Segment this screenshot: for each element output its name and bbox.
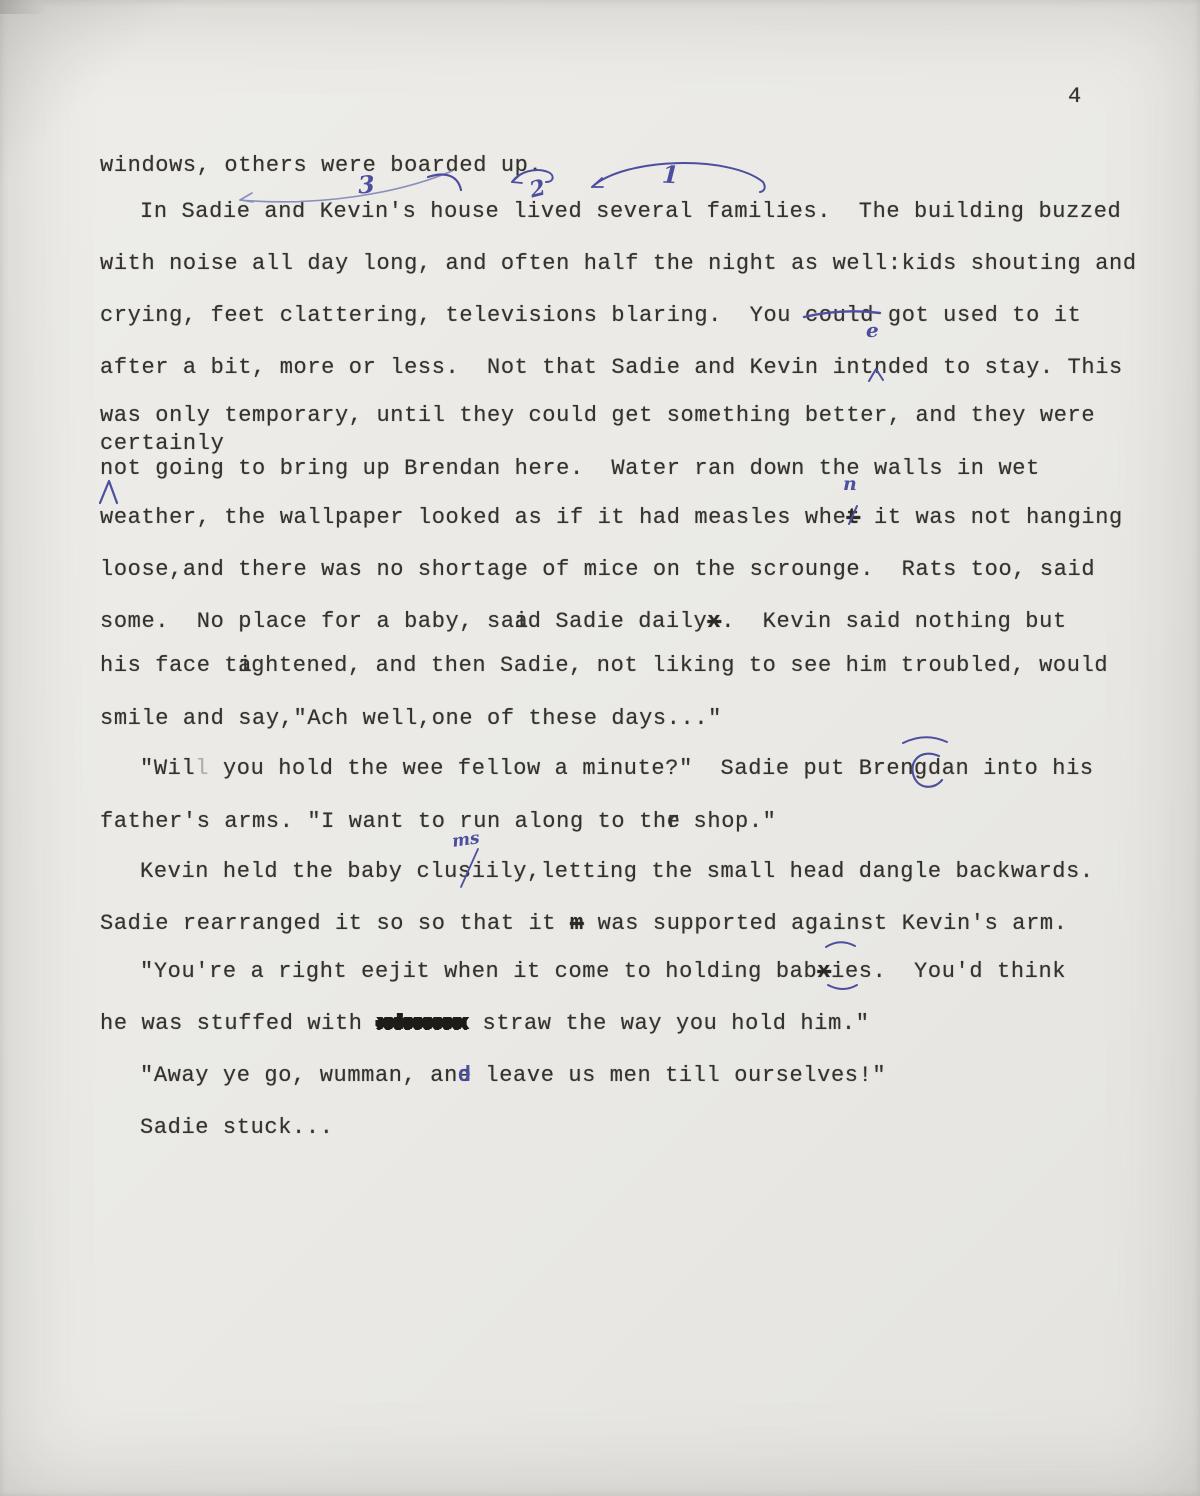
typescript-line: Kevin held the baby clusiily,letting the… (140, 858, 1094, 885)
typed-text: "You're a right eejit when it come to ho… (140, 958, 817, 985)
typed-text: crying, feet clattering, televisions bla… (100, 302, 805, 329)
typed-text: it was not hanging (860, 504, 1123, 531)
overstruck-char: m (570, 910, 584, 937)
typescript-line: not going to bring up Brendan here. Wate… (100, 455, 1040, 482)
typescript-line: after a bit, more or less. Not that Sadi… (100, 354, 1123, 381)
typescript-line: he was stuffed with xxkxxxxxx straw the … (100, 1010, 870, 1037)
pen-curve-babies-above (826, 942, 855, 947)
typed-text: ily,letting the small head dangle backwa… (486, 858, 1094, 885)
overstruck-char: x (707, 608, 721, 635)
typed-text: was only temporary, until they could get… (100, 402, 1095, 429)
typescript-line: loose,and there was no shortage of mice … (100, 556, 1095, 583)
typed-text: windows, others were boarded up. (100, 152, 542, 179)
typed-text: you hold the wee fellow a minute?" Sadie… (209, 755, 1094, 782)
typed-text: Sadie rearranged it so so that it (100, 910, 570, 937)
typed-text: father's arms. "I want to run along to t… (100, 808, 667, 835)
typescript-line: some. No place for a baby, saaid Sadie d… (100, 608, 1067, 635)
typescript-line: crying, feet clattering, televisions bla… (100, 302, 1081, 329)
typed-text: not going to bring up Brendan here. Wate… (100, 455, 1040, 482)
typescript-line: Sadie stuck... (140, 1114, 334, 1141)
pen-breve-brendan (903, 737, 947, 743)
typescript-line: "Away ye go, wumman, aned leave us men t… (140, 1062, 886, 1089)
typed-text: d Sadie daily (528, 608, 708, 635)
typed-text: some. No place for a baby, sa (100, 608, 515, 635)
typed-text: with noise all day long, and often half … (100, 250, 1137, 277)
typescript-line: with noise all day long, and often half … (100, 250, 1137, 277)
typed-text: shop." (680, 808, 777, 835)
typed-text: smile and say,"Ach well,one of these day… (100, 705, 722, 732)
pen-curve-babies-below (828, 985, 857, 989)
typescript-line: In Sadie and Kevin's house lived several… (140, 198, 1121, 225)
typed-text: straw the way you hold him." (469, 1010, 870, 1037)
typed-text: ies. You'd think (831, 958, 1066, 985)
typescript-line: certainly (100, 430, 224, 457)
typed-text: after a bit, more or less. Not that Sadi… (100, 354, 1123, 381)
typed-text: he was stuffed with (100, 1010, 376, 1037)
overstruck-char: x (817, 958, 831, 985)
typescript-line: "Will you hold the wee fellow a minute?"… (140, 755, 1094, 782)
insertion-caret-certainly (100, 481, 117, 503)
pen-inserted-letter-d: d (458, 1062, 472, 1089)
typescript-line: weather, the wallpaper looked as if it h… (100, 504, 1123, 531)
manuscript-page: 4 windows, others were boarded up.In Sad… (0, 0, 1200, 1496)
typed-text: "Away ye go, wumman, an (140, 1062, 458, 1089)
typescript-line: Sadie rearranged it so so that it m was … (100, 910, 1068, 937)
page-number: 4 (1068, 84, 1081, 109)
typescript-line: "You're a right eejit when it come to ho… (140, 958, 1066, 985)
faded-char: l (195, 755, 209, 782)
typed-text: In Sadie and Kevin's house lived several… (140, 198, 1121, 225)
typescript-line: his face tiaghtened, and then Sadie, not… (100, 652, 1108, 679)
typed-text: leave us men till ourselves!" (472, 1062, 887, 1089)
pen-inserted-letters-ms: ms (451, 828, 481, 852)
typed-text: weather, the wallpaper looked as if it h… (100, 504, 846, 531)
pen-inserted-letter-e: e (866, 318, 879, 342)
typed-text: his face t (100, 652, 238, 679)
typescript-line: was only temporary, until they could get… (100, 402, 1095, 429)
typed-text: Kevin held the baby clu (140, 858, 458, 885)
typed-over-deletion: xxkxxxxxx (376, 1010, 464, 1037)
typed-text: . Kevin said nothing but (721, 608, 1067, 635)
typed-text: Sadie stuck... (140, 1114, 334, 1141)
scan-edge-artifact (0, 0, 46, 14)
overstruck-char: t (846, 504, 860, 531)
typed-text: ghtened, and then Sadie, not liking to s… (251, 652, 1108, 679)
typescript-line: father's arms. "I want to run along to t… (100, 808, 777, 835)
pen-reorder-arc-1-arrowhead (592, 178, 603, 187)
pen-reorder-label-1: 1 (661, 160, 679, 190)
typescript-line: windows, others were boarded up. (100, 152, 542, 179)
pen-struck-chars: si (458, 858, 486, 885)
pen-inserted-letter-n: n (843, 473, 857, 495)
typed-insertion-certainly: certainly (100, 430, 224, 457)
typed-text: "Wil (140, 755, 195, 782)
typescript-line: smile and say,"Ach well,one of these day… (100, 705, 722, 732)
typed-text: got used to it (874, 302, 1081, 329)
pen-reorder-label-3: 3 (357, 169, 376, 199)
deleted-word-could: could (805, 302, 874, 329)
typed-text: loose,and there was no shortage of mice … (100, 556, 1095, 583)
typed-text: was supported against Kevin's arm. (584, 910, 1068, 937)
